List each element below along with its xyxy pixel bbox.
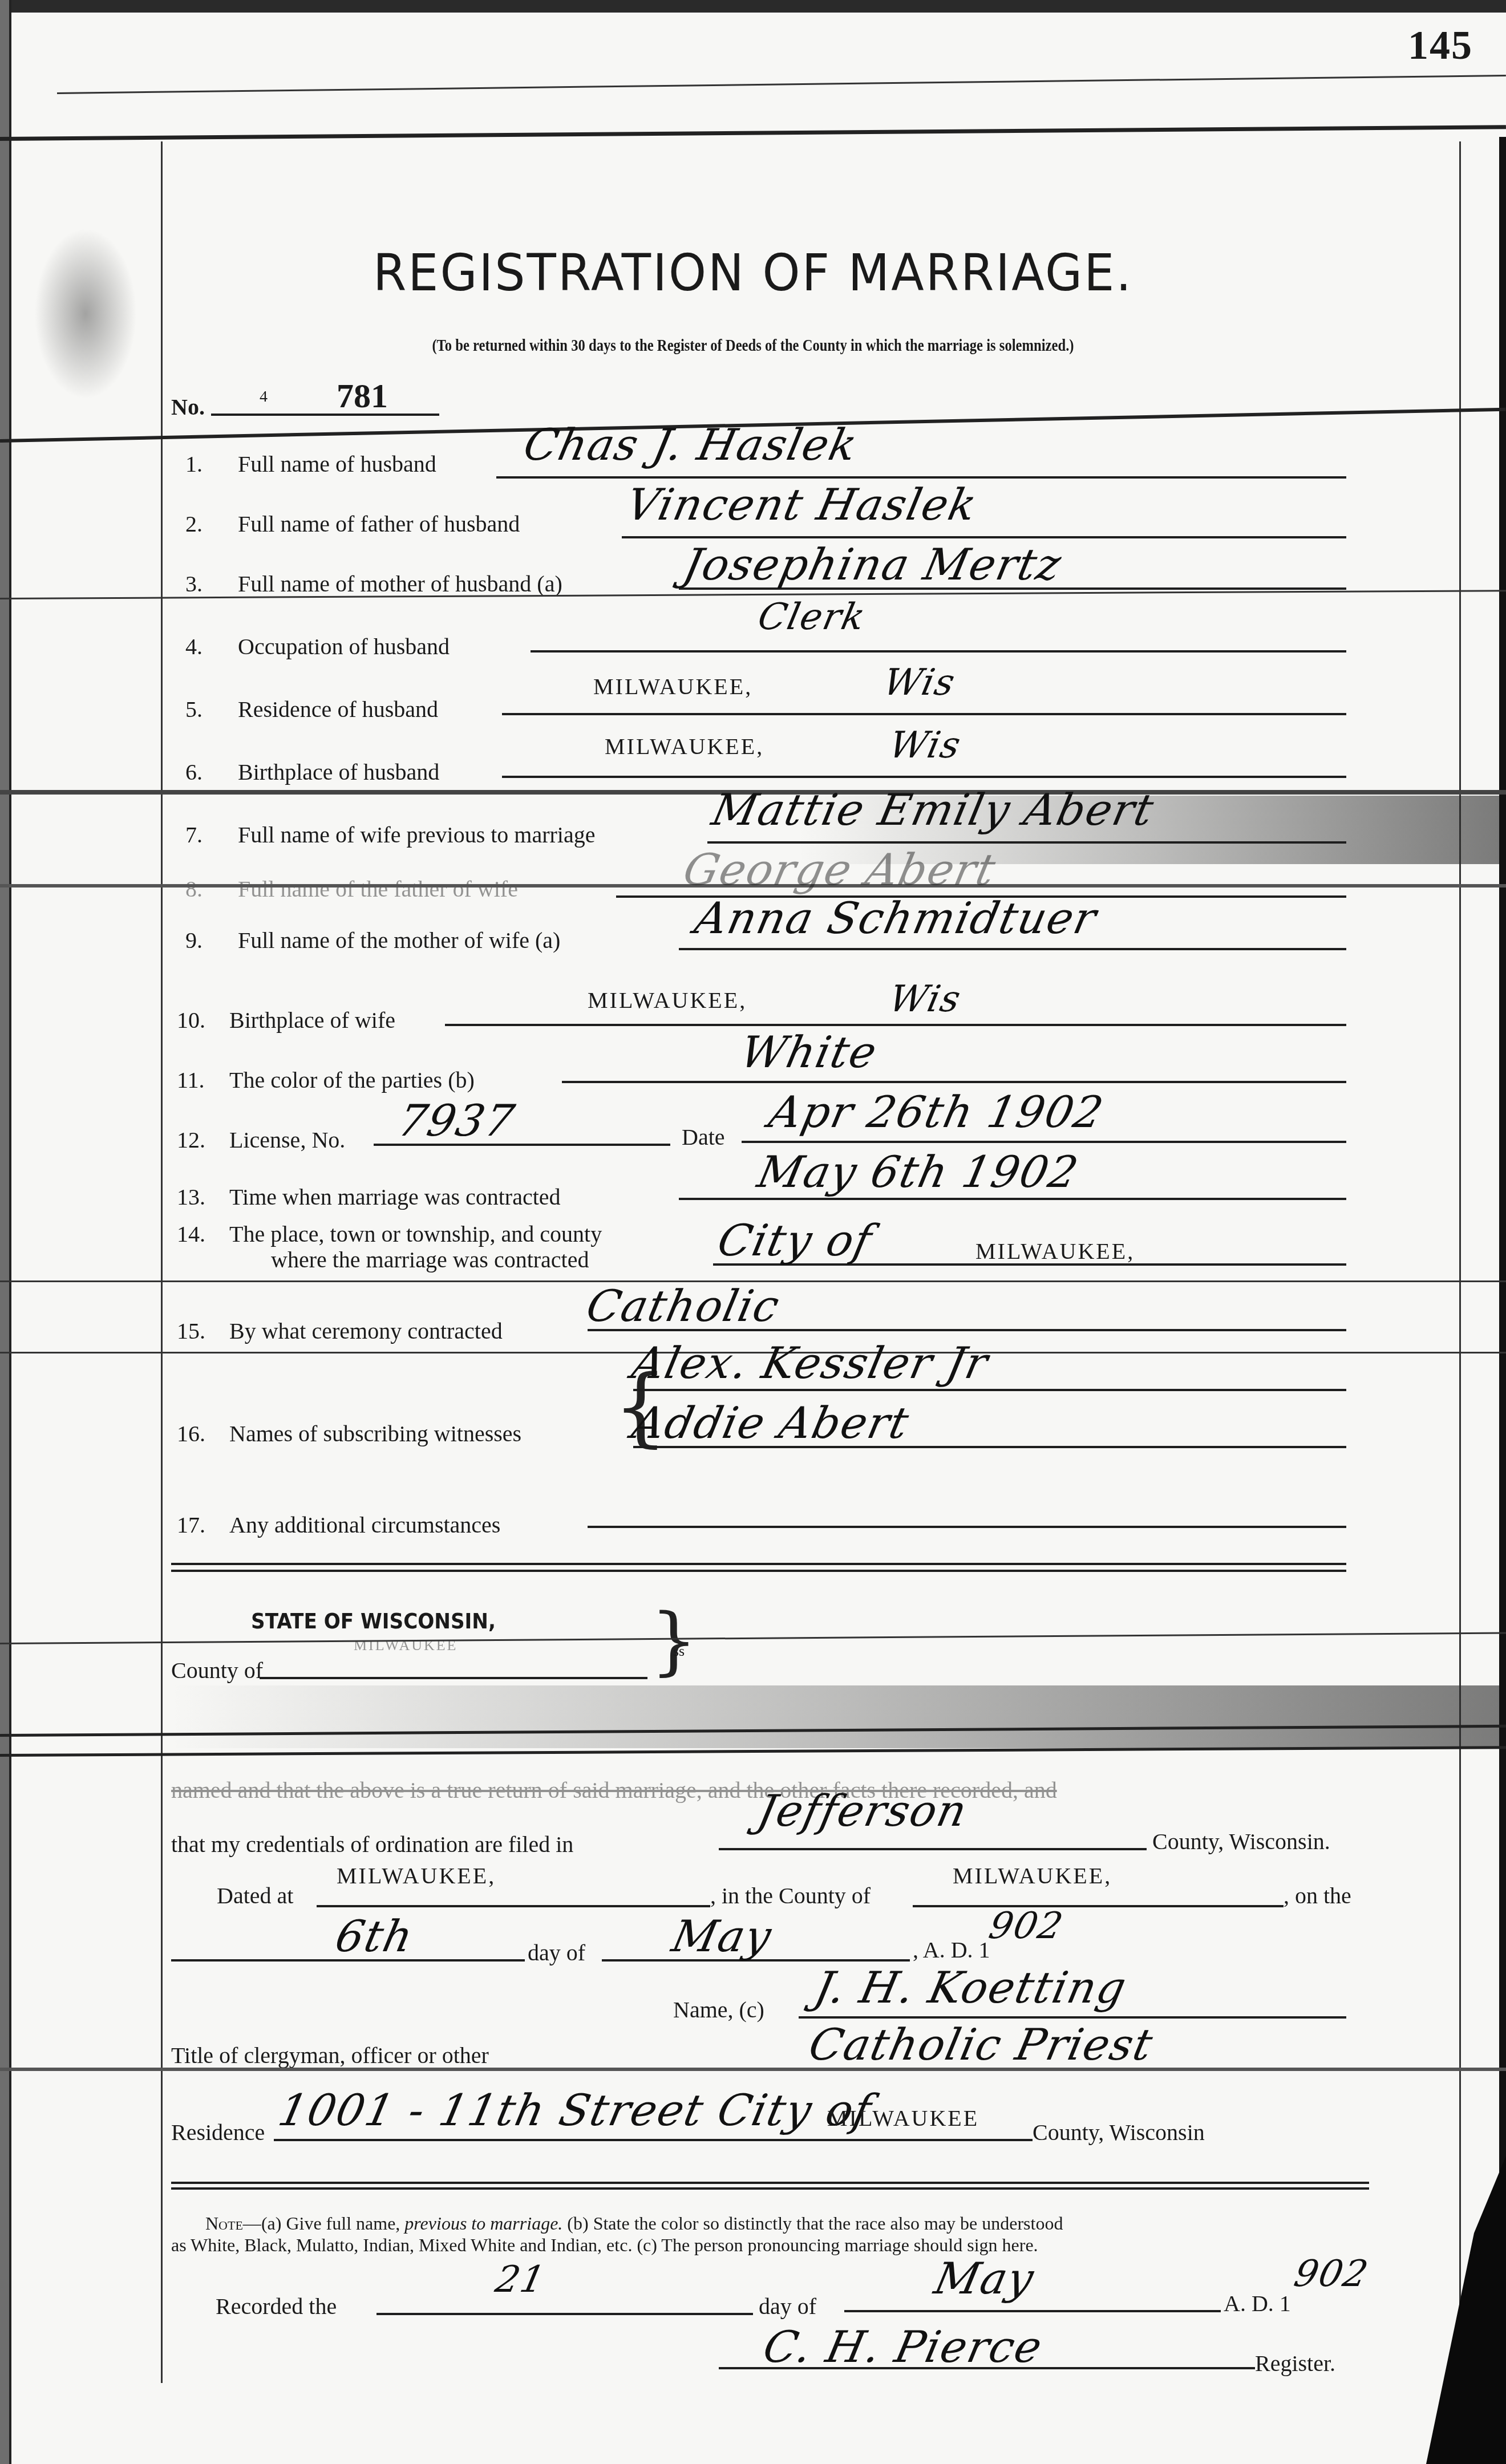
- witness-2-name: Addie Abert: [628, 1397, 914, 1448]
- field-9-label: 9.Full name of the mother of wife (a): [185, 927, 560, 954]
- field-15-label: 15.By what ceremony contracted: [177, 1318, 503, 1344]
- on-the-label: , on the: [1284, 1882, 1351, 1909]
- recorded-ad-label: A. D. 1: [1224, 2290, 1291, 2317]
- header-rule: [0, 125, 1506, 141]
- page-number: 145: [1408, 22, 1473, 69]
- officiant-residence: 1001 - 11th Street City of: [274, 2085, 877, 2135]
- wife-birthplace-stamp: MILWAUKEE,: [588, 987, 747, 1014]
- officiant-title: Catholic Priest: [805, 2019, 1158, 2070]
- ss-mark: ss: [673, 1643, 685, 1660]
- credentials-line: [719, 1848, 1147, 1850]
- dated-month: May: [668, 1911, 777, 1962]
- license-date-label: Date: [682, 1124, 725, 1150]
- header-rule-faint: [57, 75, 1506, 94]
- scan-top-border: [0, 0, 1506, 13]
- husband-father-name: Vincent Haslek: [622, 479, 982, 530]
- field-9-line: [679, 948, 1346, 950]
- witness-1-name: Alex. Kessler Jr: [628, 1338, 994, 1388]
- ceremony-type: Catholic: [582, 1280, 785, 1331]
- document-subtitle: (To be returned within 30 days to the Re…: [113, 337, 1393, 355]
- field-11-label: 11.The color of the parties (b): [177, 1067, 475, 1093]
- field-1-line: [496, 476, 1346, 479]
- field-3-label: 3.Full name of mother of husband (a): [185, 570, 562, 597]
- field-2-label: 2.Full name of father of husband: [185, 510, 520, 537]
- state-heading: STATE OF WISCONSIN,: [251, 1608, 496, 1634]
- recorded-day-of-label: day of: [759, 2293, 816, 2320]
- ss-brace: }: [650, 1597, 698, 1684]
- field-14-label: 14.The place, town or township, and coun…: [177, 1221, 602, 1247]
- county-line: [260, 1677, 647, 1679]
- color-of-parties: White: [736, 1027, 882, 1077]
- recorded-month-line: [844, 2310, 1221, 2312]
- field-10-label: 10.Birthplace of wife: [177, 1007, 395, 1034]
- right-inner-margin: [1459, 141, 1461, 2383]
- field-5-line: [502, 713, 1346, 715]
- ad-label: , A. D. 1: [913, 1936, 990, 1963]
- field-16-label: 16.Names of subscribing witnesses: [177, 1420, 521, 1447]
- name-label: Name, (c): [673, 1996, 764, 2023]
- crease-rule-5: [0, 1632, 1506, 1644]
- witness-1-line: [633, 1389, 1346, 1391]
- field-12-label: 12.License, No.: [177, 1126, 345, 1153]
- residence-suffix: County, Wisconsin: [1033, 2119, 1205, 2146]
- record-no-value: 781: [337, 376, 388, 416]
- marriage-place-stamp: MILWAUKEE,: [975, 1238, 1135, 1265]
- wife-birthplace-state: Wis: [885, 978, 965, 1020]
- husband-residence-state: Wis: [880, 662, 960, 704]
- credentials-suffix: County, Wisconsin.: [1152, 1828, 1330, 1855]
- in-county-line: [913, 1905, 1284, 1907]
- note-divider-2: [171, 2187, 1369, 2190]
- register-signature: C. H. Pierce: [759, 2321, 1048, 2372]
- credentials-county: Jefferson: [754, 1785, 973, 1836]
- record-no-label: No.: [171, 394, 205, 420]
- in-county-stamp: MILWAUKEE,: [953, 1862, 1112, 1889]
- recorded-year: 902: [1290, 2253, 1373, 2295]
- dated-at-label: Dated at: [217, 1882, 293, 1909]
- residence-line: [274, 2139, 1033, 2141]
- fold-crease-5: [0, 2068, 1506, 2071]
- document-title: REGISTRATION OF MARRIAGE.: [0, 244, 1506, 303]
- field-11-line: [562, 1081, 1346, 1083]
- field-17-line: [588, 1526, 1346, 1528]
- record-no-prefix: 4: [260, 388, 268, 406]
- officiant-name: J. H. Koetting: [811, 1962, 1132, 2013]
- husband-mother-name: Josephina Mertz: [679, 539, 1067, 590]
- dated-day: 6th: [331, 1911, 419, 1962]
- field-14-label-2: where the marriage was contracted: [271, 1246, 589, 1273]
- recorded-day: 21: [492, 2259, 549, 2301]
- record-no-line: [211, 414, 439, 416]
- field-1-label: 1.Full name of husband: [185, 451, 436, 477]
- marriage-place: City of: [714, 1215, 877, 1266]
- note-line-2: as White, Black, Mulatto, Indian, Mixed …: [171, 2235, 1038, 2256]
- marriage-date: May 6th 1902: [754, 1146, 1084, 1197]
- license-number: 7937: [394, 1095, 520, 1146]
- field-13-label: 13.Time when marriage was contracted: [177, 1184, 561, 1210]
- marriage-registration-page: 145 REGISTRATION OF MARRIAGE. (To be ret…: [0, 0, 1506, 2464]
- dated-at-stamp: MILWAUKEE,: [337, 1862, 496, 1889]
- field-7-label: 7.Full name of wife previous to marriage: [185, 821, 595, 848]
- torn-corner-shadow: [1426, 2156, 1506, 2464]
- recorded-label: Recorded the: [216, 2293, 337, 2320]
- field-10-line: [445, 1024, 1346, 1026]
- wife-father-name: George Abert: [679, 844, 1001, 895]
- scan-left-edge: [0, 0, 9, 2464]
- field-13-line: [679, 1198, 1346, 1200]
- section-divider-2: [171, 1570, 1346, 1572]
- residence-label: Residence: [171, 2119, 265, 2146]
- license-date: Apr 26th 1902: [765, 1087, 1109, 1137]
- title-label: Title of clergyman, officer or other: [171, 2042, 489, 2069]
- wife-mother-name: Anna Schmidtuer: [691, 893, 1102, 943]
- in-county-label: , in the County of: [710, 1882, 871, 1909]
- name-line: [799, 2016, 1346, 2019]
- license-date-line: [742, 1141, 1346, 1143]
- fold-shadow-2: [171, 1685, 1499, 1748]
- husband-occupation: Clerk: [754, 596, 869, 638]
- field-5-label: 5.Residence of husband: [185, 696, 438, 723]
- note-divider-1: [171, 2182, 1369, 2184]
- wife-maiden-name: Mattie Emily Abert: [708, 784, 1159, 835]
- recorded-day-line: [376, 2313, 753, 2315]
- field-2-line: [622, 536, 1346, 538]
- field-8-label: 8.Full name of the father of wife: [185, 876, 518, 902]
- left-margin-line: [9, 0, 11, 2464]
- husband-birthplace-stamp: MILWAUKEE,: [605, 733, 764, 760]
- husband-birthplace-state: Wis: [885, 724, 965, 767]
- register-label: Register.: [1255, 2350, 1335, 2377]
- husband-residence-stamp: MILWAUKEE,: [593, 673, 752, 700]
- left-inner-margin: [161, 141, 163, 2383]
- credentials-label: that my credentials of ordination are fi…: [171, 1831, 573, 1858]
- right-page-edge: [1499, 137, 1506, 2304]
- section-divider-1: [171, 1563, 1346, 1565]
- field-7-line: [707, 841, 1346, 844]
- field-4-label: 4.Occupation of husband: [185, 633, 450, 660]
- dated-at-line: [317, 1905, 710, 1907]
- note-line-1: Note—(a) Give full name, previous to mar…: [205, 2213, 1063, 2234]
- dated-year: 902: [985, 1905, 1067, 1947]
- field-6-label: 6.Birthplace of husband: [185, 759, 439, 785]
- field-17-label: 17.Any additional circumstances: [177, 1511, 500, 1538]
- field-6-line: [502, 776, 1346, 778]
- husband-name: Chas J. Haslek: [520, 419, 863, 470]
- day-of-label: day of: [528, 1939, 585, 1966]
- field-4-line: [531, 650, 1346, 653]
- county-label: County of: [171, 1657, 263, 1684]
- recorded-month: May: [930, 2253, 1039, 2304]
- residence-stamp: MILWAUKEE: [827, 2105, 979, 2131]
